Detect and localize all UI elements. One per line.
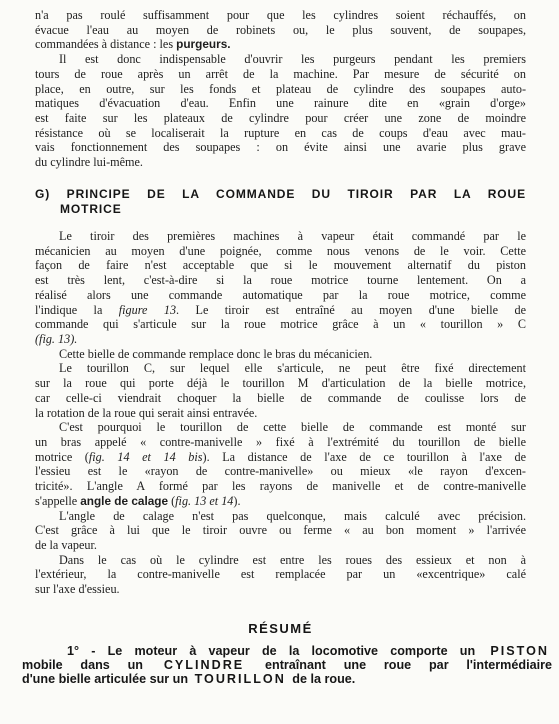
text-run: sur la roue qui porte déjà le tourillon … bbox=[35, 376, 526, 390]
text-line: sur la roue qui porte déjà le tourillon … bbox=[35, 376, 526, 391]
paragraph-5: Le tourillon C, sur lequel elle s'articu… bbox=[35, 361, 526, 420]
text-run: la rotation de la roue qui serait ainsi … bbox=[35, 406, 257, 420]
text-line: Dans le cas où le cylindre est entre les… bbox=[35, 553, 526, 568]
text-line: Il est donc indispensable d'ouvrir les p… bbox=[35, 52, 526, 67]
text-run: RÉSUMÉ bbox=[248, 621, 313, 636]
text-run: résistance où se localiserait la rupture… bbox=[35, 126, 526, 140]
text-run: l'essieu est le «rayon de contre-manivel… bbox=[35, 464, 526, 478]
text-line: évacue l'eau au moyen de robinets ou, le… bbox=[35, 23, 526, 38]
text-run: ). bbox=[233, 494, 240, 508]
text-line: C'est grâce à lui que le tiroir ouvre ou… bbox=[35, 523, 526, 538]
text-run: Le tiroir des premières machines à vapeu… bbox=[59, 229, 526, 243]
text-line: s'appelle angle de calage (fig. 13 et 14… bbox=[35, 494, 526, 509]
text-line: vais fonctionnement des soupapes : on év… bbox=[35, 140, 526, 155]
text-line: commandées à distance : les purgeurs. bbox=[35, 37, 526, 52]
text-line: car celle-ci viendrait choquer la bielle… bbox=[35, 391, 526, 406]
text-line: l'essieu est le «rayon de contre-manivel… bbox=[35, 464, 526, 479]
text-line: matiques d'évacuation d'eau. Enfin une r… bbox=[35, 96, 526, 111]
paragraph-8: Dans le cas où le cylindre est entre les… bbox=[35, 553, 526, 597]
italic-reference: (fig. 13). bbox=[35, 332, 77, 346]
paragraph-7: L'angle de calage n'est pas quelconque, … bbox=[35, 509, 526, 553]
bold-term: purgeurs. bbox=[176, 37, 230, 51]
summary-paragraph: 1° - Le moteur à vapeur de la locomotive… bbox=[22, 644, 552, 686]
text-line: façon de faire n'est acceptable que si l… bbox=[35, 258, 526, 273]
bold-term: angle de calage bbox=[80, 494, 168, 508]
text-run: de la vapeur. bbox=[35, 538, 97, 552]
text-line: réalisé alors une commande automatique p… bbox=[35, 288, 526, 303]
paragraph-1: n'a pas roulé suffisamment pour que les … bbox=[35, 8, 526, 52]
text-run: s'appelle bbox=[35, 494, 80, 508]
text-run: C'est grâce à lui que le tiroir ouvre ou… bbox=[35, 523, 526, 537]
text-line: est très lent, c'est-à-dire si la roue m… bbox=[35, 273, 526, 288]
page-content: n'a pas roulé suffisamment pour que les … bbox=[35, 8, 526, 686]
text-line: tours de roue après un arrêt de la machi… bbox=[35, 67, 526, 82]
text-line: Cette bielle de commande remplace donc l… bbox=[35, 347, 526, 362]
text-line: est faite sur les plateaux de cylindre p… bbox=[35, 111, 526, 126]
text-run: tours de roue après un arrêt de la machi… bbox=[35, 67, 526, 81]
text-run: 1° - Le moteur à vapeur de la locomotive… bbox=[67, 644, 487, 658]
italic-reference: fig. 14 et 14 bis bbox=[89, 450, 203, 464]
text-line: 1° - Le moteur à vapeur de la locomotive… bbox=[22, 644, 552, 658]
text-run: Il est donc indispensable d'ouvrir les p… bbox=[59, 52, 526, 66]
text-run: est très lent, c'est-à-dire si la roue m… bbox=[35, 273, 526, 287]
text-run: Cette bielle de commande remplace donc l… bbox=[59, 347, 372, 361]
text-run: commandées à distance : les bbox=[35, 37, 176, 51]
text-line: L'angle de calage n'est pas quelconque, … bbox=[35, 509, 526, 524]
text-run: sur l'axe d'essieu. bbox=[35, 582, 120, 596]
text-run: C'est pourquoi le tourillon de cette bie… bbox=[59, 420, 526, 434]
text-run: évacue l'eau au moyen de robinets ou, le… bbox=[35, 23, 526, 37]
section-heading: G) PRINCIPE DE LA COMMANDE DU TIROIR PAR… bbox=[35, 187, 526, 217]
text-run: l'indique la bbox=[35, 303, 119, 317]
text-run: l'extérieur, la contre-manivelle est rem… bbox=[35, 567, 526, 581]
text-run: de la roue. bbox=[289, 672, 356, 686]
text-line: mobile dans un CYLINDRE entraînant une r… bbox=[22, 658, 552, 672]
text-run: n'a pas roulé suffisamment pour que les … bbox=[35, 8, 526, 22]
text-line: mécanicien au moyen d'une poignée, comme… bbox=[35, 244, 526, 259]
text-run: tricité». L'angle A formé par les rayons… bbox=[35, 479, 526, 493]
text-line: motrice (fig. 14 et 14 bis). La distance… bbox=[35, 450, 526, 465]
emphasized-term: TOURILLON bbox=[192, 672, 289, 686]
text-line: un bras appelé « contre-manivelle » fixé… bbox=[35, 435, 526, 450]
text-line: C'est pourquoi le tourillon de cette bie… bbox=[35, 420, 526, 435]
text-line: l'indique la figure 13. Le tiroir est en… bbox=[35, 303, 526, 318]
text-line: Le tiroir des premières machines à vapeu… bbox=[35, 229, 526, 244]
text-run: entraînant une roue par l'intermédiaire bbox=[247, 658, 552, 672]
text-line: l'extérieur, la contre-manivelle est rem… bbox=[35, 567, 526, 582]
text-run: . Le tiroir est entraîné au moyen d'une … bbox=[176, 303, 526, 317]
text-run: matiques d'évacuation d'eau. Enfin une r… bbox=[35, 96, 526, 110]
summary-heading: RÉSUMÉ bbox=[35, 622, 526, 637]
text-line: MOTRICE bbox=[35, 202, 526, 217]
text-run: car celle-ci viendrait choquer la bielle… bbox=[35, 391, 526, 405]
text-line: place, en outre, sur les fonds et platea… bbox=[35, 82, 526, 97]
paragraph-4: Cette bielle de commande remplace donc l… bbox=[35, 347, 526, 362]
text-run: un bras appelé « contre-manivelle » fixé… bbox=[35, 435, 526, 449]
text-run: commande qui s'articule sur la roue motr… bbox=[35, 317, 526, 331]
text-run: MOTRICE bbox=[60, 202, 122, 216]
text-line: RÉSUMÉ bbox=[35, 622, 526, 637]
text-line: du cylindre lui-même. bbox=[35, 155, 526, 170]
text-run: façon de faire n'est acceptable que si l… bbox=[35, 258, 526, 272]
text-line: sur l'axe d'essieu. bbox=[35, 582, 526, 597]
text-run: G) PRINCIPE DE LA COMMANDE DU TIROIR PAR… bbox=[35, 187, 526, 201]
text-run: vais fonctionnement des soupapes : on év… bbox=[35, 140, 526, 154]
text-line: (fig. 13). bbox=[35, 332, 526, 347]
italic-reference: fig. 13 et 14 bbox=[175, 494, 233, 508]
text-run: du cylindre lui-même. bbox=[35, 155, 143, 169]
paragraph-2: Il est donc indispensable d'ouvrir les p… bbox=[35, 52, 526, 170]
document-page: n'a pas roulé suffisamment pour que les … bbox=[0, 0, 559, 724]
text-run: d'une bielle articulée sur un bbox=[22, 672, 192, 686]
text-line: tricité». L'angle A formé par les rayons… bbox=[35, 479, 526, 494]
text-line: commande qui s'articule sur la roue motr… bbox=[35, 317, 526, 332]
emphasized-term: PISTON bbox=[487, 644, 552, 658]
text-run: réalisé alors une commande automatique p… bbox=[35, 288, 526, 302]
text-run: Dans le cas où le cylindre est entre les… bbox=[59, 553, 526, 567]
italic-reference: figure 13 bbox=[119, 303, 176, 317]
text-line: la rotation de la roue qui serait ainsi … bbox=[35, 406, 526, 421]
text-line: n'a pas roulé suffisamment pour que les … bbox=[35, 8, 526, 23]
text-run: motrice ( bbox=[35, 450, 89, 464]
emphasized-term: CYLINDRE bbox=[161, 658, 247, 672]
paragraph-6: C'est pourquoi le tourillon de cette bie… bbox=[35, 420, 526, 508]
text-run: L'angle de calage n'est pas quelconque, … bbox=[59, 509, 526, 523]
text-run: mobile dans un bbox=[22, 658, 161, 672]
text-line: de la vapeur. bbox=[35, 538, 526, 553]
text-line: résistance où se localiserait la rupture… bbox=[35, 126, 526, 141]
text-run: Le tourillon C, sur lequel elle s'articu… bbox=[59, 361, 526, 375]
text-run: est faite sur les plateaux de cylindre p… bbox=[35, 111, 526, 125]
text-line: G) PRINCIPE DE LA COMMANDE DU TIROIR PAR… bbox=[35, 187, 526, 202]
text-line: Le tourillon C, sur lequel elle s'articu… bbox=[35, 361, 526, 376]
text-run: mécanicien au moyen d'une poignée, comme… bbox=[35, 244, 526, 258]
text-line: d'une bielle articulée sur un TOURILLON … bbox=[22, 672, 552, 686]
text-run: ). La distance de l'axe de ce tourillon … bbox=[203, 450, 526, 464]
text-run: place, en outre, sur les fonds et platea… bbox=[35, 82, 526, 96]
paragraph-3: Le tiroir des premières machines à vapeu… bbox=[35, 229, 526, 347]
